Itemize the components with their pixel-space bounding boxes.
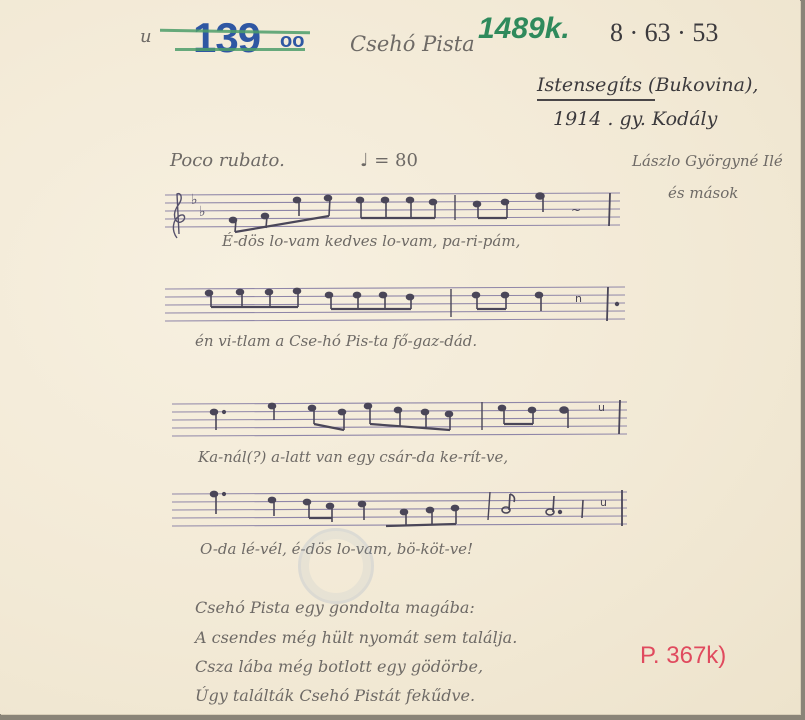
tempo-marking: Poco rubato. bbox=[170, 150, 285, 171]
lyrics-staff-2: én vi-tlam a Cse-hó Pis-ta fő-gaz-dád. bbox=[195, 332, 477, 350]
collection-location: Istensegíts (Bukovina), bbox=[537, 74, 758, 96]
rest-icon: ~ bbox=[571, 203, 581, 217]
location-underline bbox=[537, 99, 655, 101]
manuscript-page: u 139 oo Csehó Pista 1489k. 8 · 63 · 53 … bbox=[0, 0, 800, 714]
singers-line-2: és mások bbox=[668, 184, 738, 202]
red-catalog-mark: P. 367k) bbox=[640, 642, 726, 670]
rest-icon: n bbox=[575, 292, 582, 305]
collection-info: 1914 . gy. Kodály bbox=[553, 108, 717, 130]
metronome-marking: ♩ = 80 bbox=[360, 150, 418, 171]
lyrics-staff-3: Ka-nál(?) a-latt van egy csár-da ke-rít-… bbox=[198, 448, 508, 466]
rest-icon: u bbox=[600, 496, 607, 509]
svg-text:♭: ♭ bbox=[199, 204, 206, 220]
music-staff-2: n bbox=[165, 287, 635, 327]
music-staff-4: u bbox=[172, 490, 632, 536]
verse-line-1: Csehó Pista egy gondolta magába: bbox=[195, 598, 475, 617]
verse-line-2: A csendes még hült nyomát sem találja. bbox=[195, 628, 517, 647]
old-catalog-number: 139 bbox=[193, 14, 260, 62]
song-title: Csehó Pista bbox=[350, 32, 475, 56]
treble-clef-icon bbox=[173, 194, 184, 238]
music-staff-3: u bbox=[172, 400, 632, 440]
strike-line-2 bbox=[175, 48, 305, 51]
corner-mark: u bbox=[140, 26, 152, 47]
catalog-number: 1489k. bbox=[478, 12, 570, 46]
singers-line-1: Lászlo Györgyné Ilé bbox=[632, 152, 783, 170]
library-stamp bbox=[298, 528, 374, 604]
verse-line-4: Úgy találták Csehó Pistát fekűdve. bbox=[195, 686, 475, 705]
rest-icon: u bbox=[598, 401, 605, 414]
lyrics-staff-1: É-dös lo-vam kedves lo-vam, pa-ri-pám, bbox=[222, 232, 520, 250]
verse-line-3: Csza lába még botlott egy gödörbe, bbox=[195, 657, 483, 676]
flat-icon: ♭ bbox=[191, 192, 198, 208]
archive-code: 8 · 63 · 53 bbox=[610, 18, 718, 48]
